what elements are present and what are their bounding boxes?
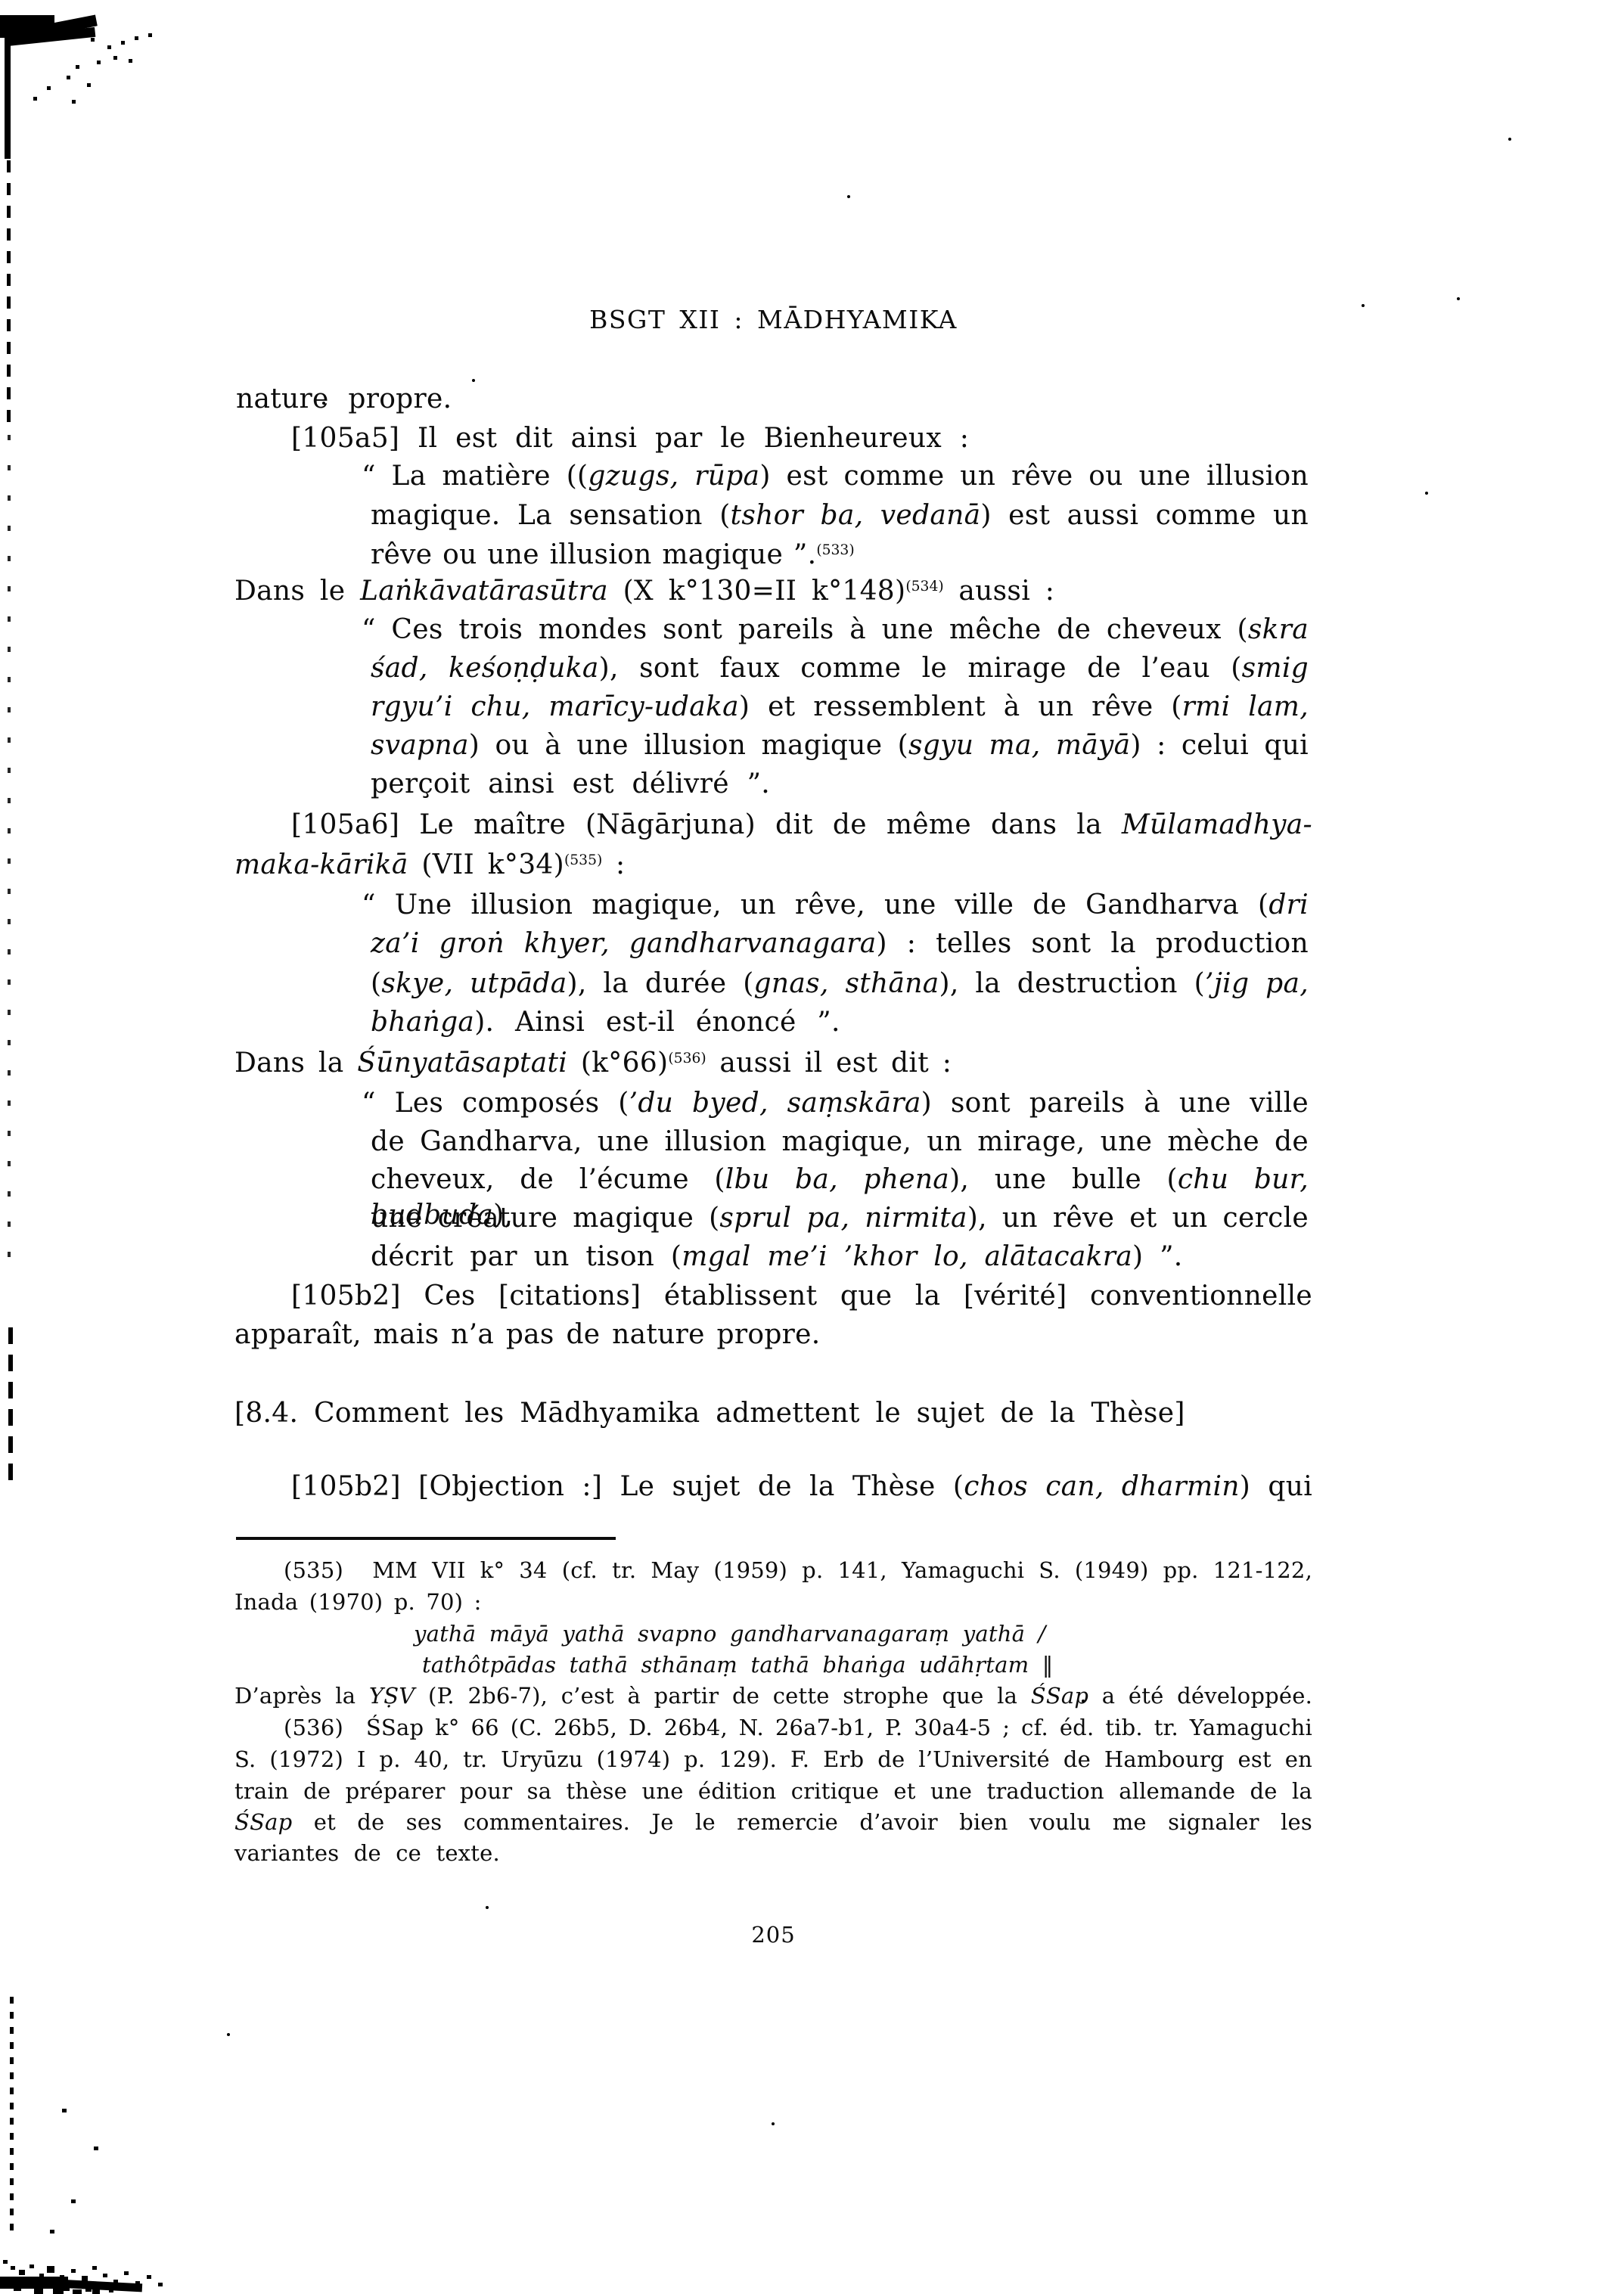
footnote-line-3: yathā māyā yathā svapno gandharvanagaraṃ…: [414, 1620, 1046, 1649]
footnote-reference: (536): [668, 1051, 706, 1066]
footnote-reference: (535): [564, 852, 602, 868]
footnote-reference: (534): [905, 579, 943, 594]
scan-edge-line: [7, 160, 11, 425]
body-line-19: “ Les composés (’du byed, saṃskāra) sont…: [362, 1086, 1309, 1122]
footnote-line-2: Inada (1970) p. 70) :: [234, 1588, 482, 1617]
body-line-13: maka-kārikā (VII k°34)(535) :: [234, 848, 625, 883]
footnote-line-6: (536) ŚSap k° 66 (C. 26b5, D. 26b4, N. 2…: [284, 1714, 1312, 1743]
body-line-3: “ La matière ((gzugs, rūpa) est comme un…: [362, 459, 1309, 495]
scan-speckles: [0, 15, 4, 19]
body-line-12: [105a6] Le maître (Nāgārjuna) dit de mêm…: [291, 808, 1312, 843]
footnote-line-4: tathôtpādas tathā sthānaṃ tathā bhaṅga u…: [422, 1651, 1053, 1680]
body-line-24: [105b2] Ces [citations] établissent que …: [291, 1279, 1312, 1315]
body-line-5: rêve ou une illusion magique ”.(533): [371, 538, 855, 573]
running-header: BSGT XII : MĀDHYAMIKA: [234, 305, 1312, 334]
body-line-4: magique. La sensation (tshor ba, vedanā)…: [371, 498, 1309, 534]
scanned-book-page: BSGT XII : MĀDHYAMIKA nature propre.[105…: [0, 0, 1624, 2294]
body-line-8: śad, keśoṇḍuka), sont faux comme le mira…: [371, 651, 1309, 687]
body-line-7: “ Ces trois mondes sont pareils à une mê…: [362, 613, 1309, 648]
body-line-25: apparaît, mais n’a pas de nature propre.: [234, 1318, 821, 1353]
footnote-line-7: S. (1972) I p. 40, tr. Uryūzu (1974) p. …: [234, 1746, 1312, 1774]
scan-edge-line: [10, 1997, 14, 2239]
body-line-10: svapna) ou à une illusion magique (sgyu …: [371, 728, 1309, 764]
body-line-26: [8.4. Comment les Mādhyamika admettent l…: [234, 1396, 1185, 1432]
scan-edge-line: [8, 435, 11, 1282]
body-line-2: [105a5] Il est dit ainsi par le Bienheur…: [291, 421, 969, 457]
scan-edge-line: [8, 1327, 13, 1490]
body-line-11: perçoit ainsi est délivré ”.: [371, 767, 770, 802]
body-line-6: Dans le Laṅkāvatārasūtra (X k°130=II k°1…: [234, 574, 1054, 610]
body-line-16: (skye, utpāda), la durée (gnas, sthāna),…: [371, 967, 1309, 1002]
body-line-20: de Gandharva, une illusion magique, un m…: [371, 1125, 1309, 1160]
scan-edge-line: [5, 17, 11, 159]
footnote-line-9: ŚSap et de ses commentaires. Je le remer…: [234, 1808, 1312, 1837]
page-number: 205: [234, 1922, 1312, 1948]
body-line-22: une créature magique (sprul pa, nirmita)…: [371, 1201, 1309, 1237]
footnote-line-1: (535) MM VII k° 34 (cf. tr. May (1959) p…: [284, 1557, 1312, 1585]
body-line-27: [105b2] [Objection :] Le sujet de la Thè…: [291, 1470, 1312, 1505]
scan-speckles: [322, 402, 325, 405]
body-line-17: bhaṅga). Ainsi est-il énoncé ”.: [371, 1005, 840, 1041]
footnote-separator: [236, 1537, 616, 1540]
footnote-line-5: D’après la YṢV (P. 2b6-7), c’est à parti…: [234, 1682, 1312, 1711]
footnote-line-8: train de préparer pour sa thèse une édit…: [234, 1777, 1312, 1806]
body-line-1: nature propre.: [236, 382, 452, 418]
body-line-23: décrit par un tison (mgal me’i ’khor lo,…: [371, 1240, 1183, 1275]
body-line-9: rgyu’i chu, marīcy-udaka) et ressemblent…: [371, 690, 1309, 725]
scan-bottom-smear: [44, 2279, 142, 2292]
body-line-14: “ Une illusion magique, un rêve, une vil…: [362, 888, 1309, 923]
body-line-18: Dans la Śūnyatāsaptati (k°66)(536) aussi…: [234, 1046, 952, 1082]
footnote-reference: (533): [816, 542, 854, 558]
scan-bottom-noise: [3, 2260, 8, 2264]
body-line-15: za’i groṅ khyer, gandharvanagara) : tell…: [371, 927, 1309, 962]
footnote-line-10: variantes de ce texte.: [234, 1839, 500, 1868]
